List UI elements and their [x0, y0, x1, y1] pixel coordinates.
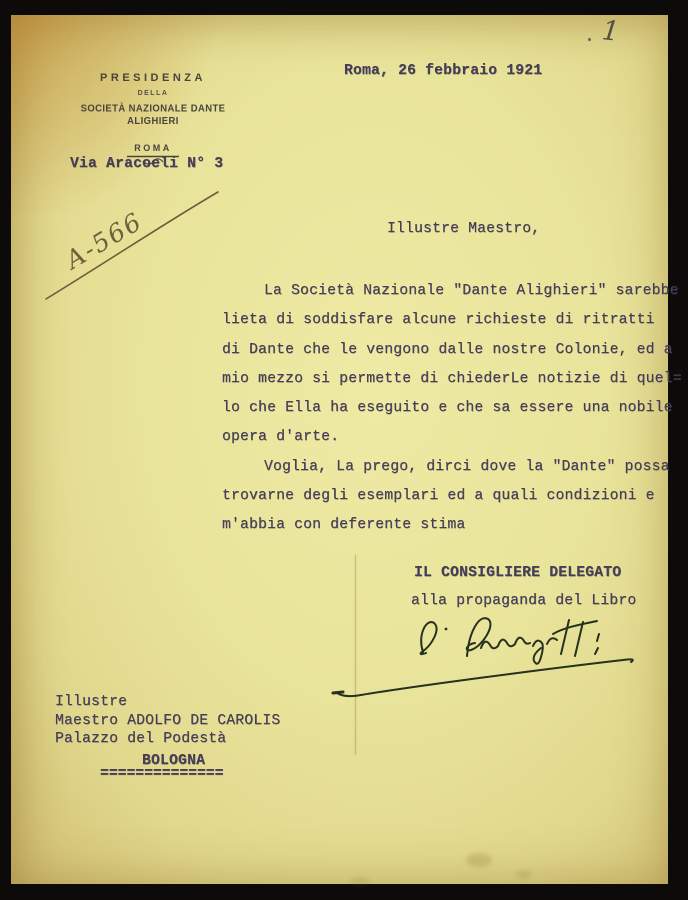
signature-handwriting	[245, 612, 665, 707]
handwritten-page-number: 1	[600, 15, 620, 48]
letterhead: PRESIDENZA DELLA SOCIETÀ NAZIONALE DANTE…	[58, 72, 248, 168]
recipient-line: Illustre	[55, 694, 280, 713]
body-line: trovarne degli esemplari ed a quali cond…	[222, 488, 674, 517]
signer-title-line2: alla propaganda del Libro	[411, 593, 636, 609]
body-line: mio mezzo si permette di chiederLe notiz…	[222, 371, 674, 400]
signer-title-line1: IL CONSIGLIERE DELEGATO	[414, 565, 621, 581]
body-line: Voglia, La prego, dirci dove la "Dante" …	[222, 459, 674, 488]
salutation: Illustre Maestro,	[387, 221, 540, 237]
letterhead-city: ROMA	[58, 143, 248, 153]
recipient-city-underline: ==============	[100, 766, 223, 782]
paper-stain	[351, 877, 369, 885]
paper-stain	[466, 853, 492, 867]
body-line: di Dante che le vengono dalle nostre Col…	[222, 342, 674, 371]
letter-body: La Società Nazionale "Dante Alighieri" s…	[222, 283, 674, 547]
body-line: opera d'arte.	[222, 429, 674, 458]
letterhead-presidenza: PRESIDENZA	[58, 72, 248, 84]
body-line: lo che Ella ha eseguito e che sa essere …	[222, 400, 674, 429]
letterhead-street-address: Via Aracoeli N° 3	[70, 156, 223, 172]
recipient-line: Palazzo del Podestà	[55, 731, 280, 750]
recipient-line: Maestro ADOLFO DE CAROLIS	[55, 713, 280, 732]
body-line: m'abbia con deferente stima	[222, 517, 674, 546]
pencil-dot	[588, 38, 591, 41]
body-line: lieta di soddisfare alcune richieste di …	[222, 312, 674, 341]
body-line: La Società Nazionale "Dante Alighieri" s…	[222, 283, 674, 312]
paper-stain	[516, 870, 532, 879]
letterhead-societa: SOCIETÀ NAZIONALE DANTE ALIGHIERI	[58, 103, 248, 127]
recipient-address: Illustre Maestro ADOLFO DE CAROLIS Palaz…	[55, 694, 280, 750]
scanned-letter-page: { "annotations": { "page_number": "1", "…	[0, 0, 688, 900]
letter-date: Roma, 26 febbraio 1921	[344, 63, 542, 79]
letterhead-della: DELLA	[58, 90, 248, 97]
